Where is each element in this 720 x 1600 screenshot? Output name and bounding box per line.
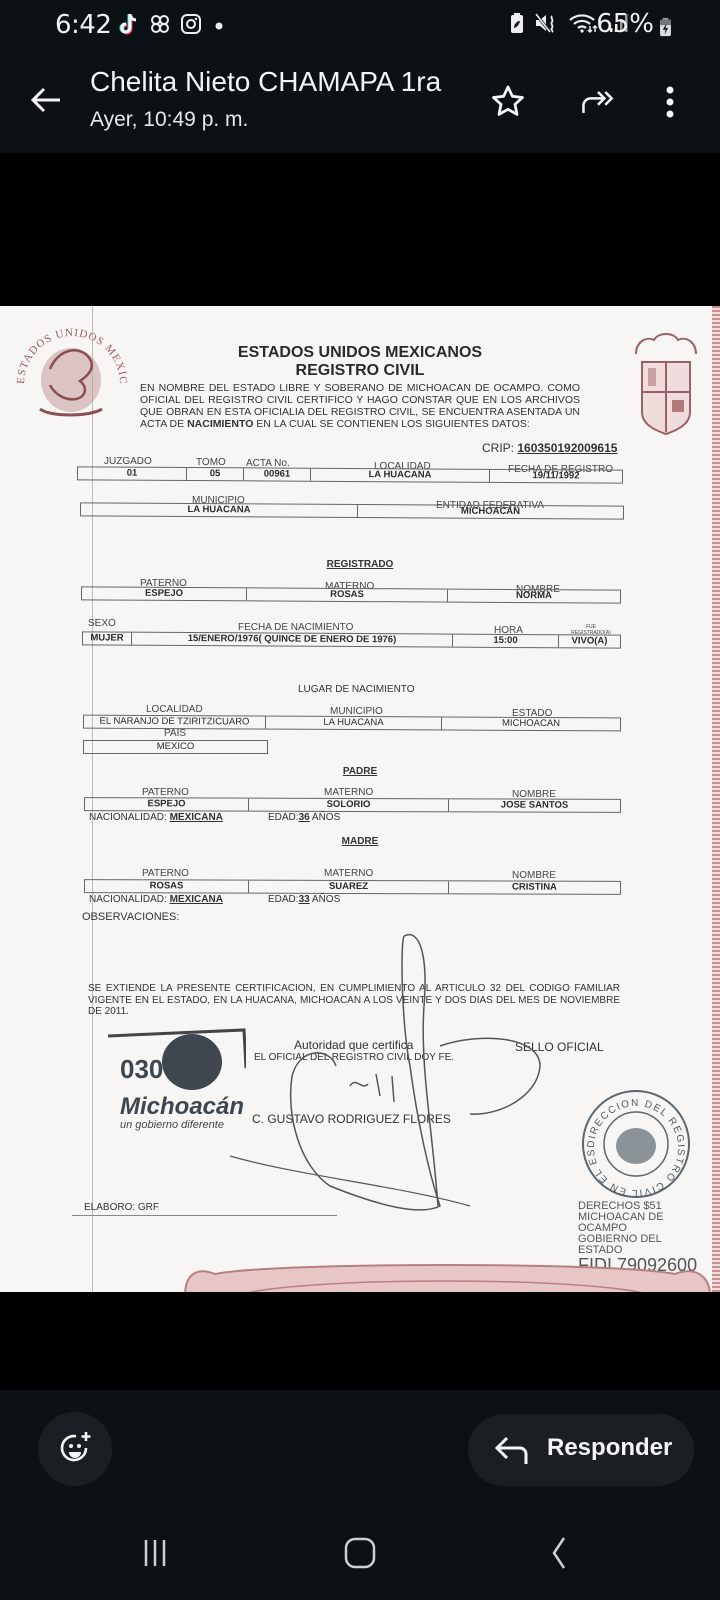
label-pais: PAIS xyxy=(164,728,186,739)
document-header-country: ESTADOS UNIDOS MEXICANOS xyxy=(0,344,720,362)
lugar-estado: MICHOACAN xyxy=(442,717,620,730)
battery-saver-icon xyxy=(510,12,524,34)
certification-statement: SE EXTIENDE LA PRESENTE CERTIFICACION, E… xyxy=(88,983,620,1018)
section-madre: MADRE xyxy=(0,836,720,847)
section-padre: PADRE xyxy=(0,766,720,777)
elaboro-line xyxy=(72,1215,337,1216)
certification-intro: EN NOMBRE DEL ESTADO LIBRE Y SOBERANO DE… xyxy=(140,382,580,430)
document-border xyxy=(712,306,720,1292)
label-juzgado: JUZGADO xyxy=(104,456,152,467)
registro-row: 01 05 00961 LA HUACANA 19/11/1992 xyxy=(77,466,623,483)
section-lugar-nacimiento: LUGAR DE NACIMIENTO xyxy=(298,684,415,695)
michoacan-coat-of-arms xyxy=(626,324,706,444)
registrado-birth-row: MUJER 15/ENERO/1976( QUINCE DE ENERO DE … xyxy=(82,631,621,648)
label-madre-nombre: NOMBRE xyxy=(512,870,556,881)
star-icon[interactable] xyxy=(488,82,528,122)
wifi-icon xyxy=(568,12,598,34)
madre-names-row: ROSAS SUAREZ CRISTINA xyxy=(84,879,621,895)
forward-icon[interactable] xyxy=(578,82,618,122)
value-fecha-registro: 19/11/1992 xyxy=(490,470,622,483)
section-registrado: REGISTRADO xyxy=(0,559,720,570)
lugar-pais-row: MEXICO xyxy=(83,740,268,754)
registrado-fue: VIVO(A) xyxy=(559,635,620,647)
reply-label: Responder xyxy=(547,1434,672,1462)
registrado-hora: 15:00 xyxy=(453,635,559,648)
conversation-title: Chelita Nieto CHAMAPA 1ra xyxy=(90,66,441,98)
crip-number: CRIP: 160350192009615 xyxy=(482,441,617,455)
registrado-fecha-nacimiento: 15/ENERO/1976( QUINCE DE ENERO DE 1976) xyxy=(132,633,453,647)
value-localidad: LA HUACANA xyxy=(311,469,490,482)
instagram-icon xyxy=(180,13,202,35)
label-lugar-localidad: LOCALIDAD xyxy=(146,704,203,715)
registrado-names-row: ESPEJO ROSAS NORMA xyxy=(81,586,621,603)
home-icon[interactable] xyxy=(336,1528,386,1578)
lugar-municipio: LA HUACANA xyxy=(266,717,442,730)
value-juzgado: 01 xyxy=(78,467,187,480)
bottom-action-bar: Responder xyxy=(0,1390,720,1600)
autoridad-label: Autoridad que certifica xyxy=(294,1038,413,1052)
add-reaction-button[interactable] xyxy=(38,1412,112,1486)
registrado-paterno: ESPEJO xyxy=(82,587,247,600)
madre-nombre: CRISTINA xyxy=(449,881,620,894)
label-fecha-nacimiento: FECHA DE NACIMIENTO xyxy=(238,622,353,633)
pinwheel-icon xyxy=(148,12,172,36)
madre-paterno: ROSAS xyxy=(85,880,249,893)
padre-edad: EDAD:36 AÑOS xyxy=(268,812,340,823)
mute-vibrate-icon xyxy=(534,12,558,34)
sello-oficial-label: SELLO OFICIAL xyxy=(515,1040,604,1054)
madre-edad: EDAD:33 AÑOS xyxy=(268,894,340,905)
value-acta: 00961 xyxy=(244,468,311,480)
label-madre-paterno: PATERNO xyxy=(142,868,189,879)
value-entidad: MICHOACÁN xyxy=(358,505,623,519)
decorative-border-ornament xyxy=(175,1256,720,1292)
madre-materno: SUAREZ xyxy=(249,881,449,894)
label-madre-materno: MATERNO xyxy=(324,868,373,879)
more-options-icon[interactable] xyxy=(660,82,680,122)
svg-text:030: 030 xyxy=(120,1054,163,1084)
birth-certificate-image[interactable]: ESTADOS UNIDOS MEXICANOS ESTADOS UNIDOS … xyxy=(0,306,720,1292)
value-municipio: LA HUACANA xyxy=(81,503,358,517)
registrado-materno: ROSAS xyxy=(247,588,448,601)
padre-materno: SOLORIO xyxy=(249,799,449,812)
madre-nacionalidad: NACIONALIDAD: MEXICANA xyxy=(89,894,223,905)
status-bar: 6:42 65% xyxy=(0,0,720,52)
status-time: 6:42 xyxy=(55,10,111,40)
elaboro-label: ELABORO: GRF xyxy=(84,1202,159,1213)
app-bar: Chelita Nieto CHAMAPA 1ra Ayer, 10:49 p.… xyxy=(0,52,720,153)
back-arrow-icon[interactable] xyxy=(26,80,66,120)
dot-icon xyxy=(210,13,228,35)
padre-nacionalidad: NACIONALIDAD: MEXICANA xyxy=(89,812,223,823)
document-header-registry: REGISTRO CIVIL xyxy=(0,362,720,380)
michoacan-government-stamp: 030 Michoacán un gobierno diferente xyxy=(106,1028,246,1138)
recents-icon[interactable] xyxy=(134,1528,184,1578)
notification-icons xyxy=(118,12,228,36)
reply-arrow-icon xyxy=(494,1434,530,1466)
padre-names-row: ESPEJO SOLORIO JOSE SANTOS xyxy=(84,797,621,813)
message-timestamp: Ayer, 10:49 p. m. xyxy=(90,108,248,132)
registro-civil-round-seal: DIRECCION DEL REGISTRO CIVIL EN EL ESTAD… xyxy=(580,1088,692,1200)
battery-charging-icon xyxy=(659,17,672,37)
registrado-sexo: MUJER xyxy=(83,632,132,644)
svg-text:un gobierno diferente: un gobierno diferente xyxy=(120,1119,224,1131)
lugar-localidad: EL NARANJO DE TZIRITZICUARO xyxy=(84,716,266,729)
label-sexo: SEXO xyxy=(88,618,116,629)
oficial-label: EL OFICIAL DEL REGISTRO CIVIL DOY FE. xyxy=(254,1052,454,1063)
padre-nombre: JOSE SANTOS xyxy=(449,799,620,812)
svg-text:Michoacán: Michoacán xyxy=(120,1093,244,1120)
observaciones-label: OBSERVACIONES: xyxy=(82,911,179,923)
registrado-nombre: NORMA xyxy=(448,590,620,603)
emoji-add-icon xyxy=(58,1430,94,1466)
lugar-pais: MEXICO xyxy=(84,741,267,753)
battery-percent: 65% xyxy=(596,9,654,39)
firmante-name: C. GUSTAVO RODRIGUEZ FLORES xyxy=(252,1112,451,1126)
padre-paterno: ESPEJO xyxy=(85,798,249,811)
ubicacion-row: LA HUACANA MICHOACÁN xyxy=(80,502,624,519)
label-padre-materno: MATERNO xyxy=(324,787,373,798)
value-tomo: 05 xyxy=(187,468,244,480)
tiktok-icon xyxy=(118,12,140,36)
reply-button[interactable]: Responder xyxy=(468,1414,694,1486)
back-icon[interactable] xyxy=(540,1528,590,1578)
